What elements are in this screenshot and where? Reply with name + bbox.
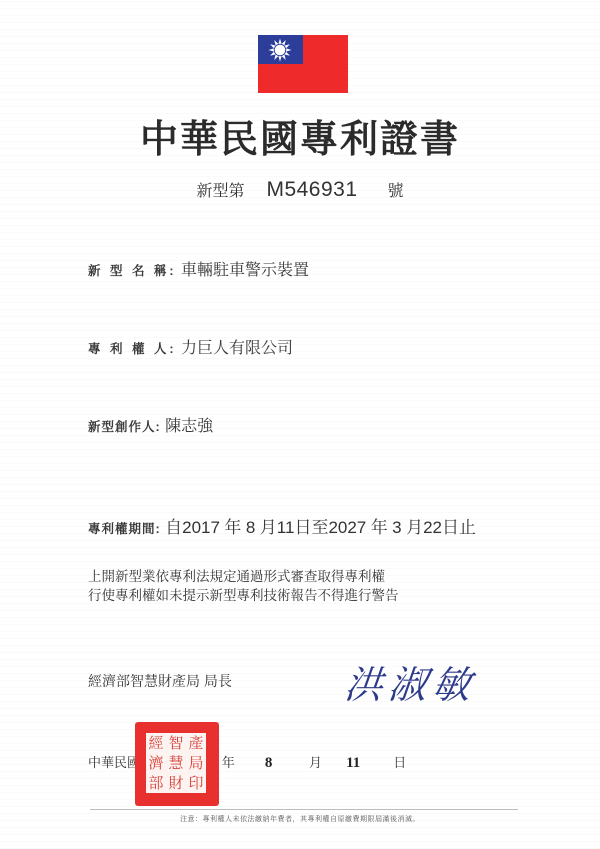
seal-char: 印 (188, 776, 203, 791)
date-day: 11 (346, 755, 376, 772)
seal-char: 慧 (168, 756, 183, 771)
roc-flag (258, 35, 348, 93)
field-patentee: 專 利 權 人: 力巨人有限公司 (88, 335, 293, 358)
seal-char: 產 (188, 736, 203, 751)
issuing-office: 經濟部智慧財產局 局長 (88, 671, 232, 691)
term-end-year: 2027 (328, 518, 366, 537)
seal-inscription: 經 智 產 濟 慧 局 部 財 印 (146, 733, 206, 793)
director-signature: 洪淑敏 (342, 654, 480, 709)
seal-char: 部 (148, 776, 163, 791)
notice-line-2: 行使專利權如未提示新型專利技術報告不得進行警告 (88, 586, 399, 605)
flag-canton (258, 35, 303, 64)
field-patent-term: 專利權期間: 自2017 年 8 月11日至2027 年 3 月22日止 (88, 513, 476, 538)
term-start-day: 11 (277, 518, 295, 537)
field-utility-model-name: 新 型 名 稱: 車輛駐車警示裝置 (88, 257, 309, 280)
patent-number-suffix: 號 (388, 183, 404, 200)
seal-char: 濟 (148, 756, 163, 771)
term-year-unit: 年 (371, 518, 388, 537)
term-start-year: 2017 (182, 518, 220, 537)
examination-notice: 上開新型業依專利法規定通過形式審查取得專利權 行使專利權如未提示新型專利技術報告… (88, 567, 399, 605)
seal-char: 局 (188, 756, 203, 771)
date-month-unit: 月 (289, 752, 343, 771)
date-day-unit: 日 (380, 752, 420, 771)
field-value: 力巨人有限公司 (181, 340, 293, 357)
field-label: 專利權期間: (88, 522, 161, 536)
term-start-month: 8 (246, 518, 255, 537)
date-era: 中華民國 (88, 752, 136, 771)
field-label: 專 利 權 人: (88, 342, 177, 356)
field-label: 新 型 名 稱: (88, 264, 177, 278)
seal-char: 經 (148, 736, 163, 751)
footer-divider (90, 809, 518, 810)
seal-char: 財 (168, 776, 183, 791)
term-month-unit: 月 (406, 518, 423, 537)
term-end-word: 止 (459, 518, 476, 537)
term-end-day: 22 (423, 518, 442, 537)
term-month-unit: 月 (260, 518, 277, 537)
term-day-unit: 日 (294, 518, 311, 537)
term-day-unit: 日 (442, 518, 459, 537)
annual-fee-footnote: 注意：專利權人未依法繳納年費者，其專利權自原繳費期限屆滿後消滅。 (0, 814, 600, 824)
patent-number-line: 新型第M546931號 (0, 178, 600, 202)
term-from-word: 自 (165, 518, 182, 537)
notice-line-1: 上開新型業依專利法規定通過形式審查取得專利權 (88, 567, 399, 586)
certificate-title: 中華民國專利證書 (0, 108, 600, 163)
field-value: 陳志強 (165, 418, 213, 435)
field-label: 新型創作人: (88, 420, 161, 434)
field-value: 車輛駐車警示裝置 (181, 262, 309, 279)
term-to-word: 至 (311, 518, 328, 537)
patent-number-prefix: 新型第 (196, 183, 244, 200)
official-seal: 經 智 產 濟 慧 局 部 財 印 (135, 722, 219, 806)
term-year-unit: 年 (224, 518, 241, 537)
white-sun-icon (268, 38, 292, 62)
term-end-month: 3 (392, 518, 401, 537)
patent-number: M546931 (266, 178, 357, 201)
field-creator: 新型創作人: 陳志強 (88, 413, 213, 436)
seal-char: 智 (168, 736, 183, 751)
date-month: 8 (265, 755, 285, 772)
